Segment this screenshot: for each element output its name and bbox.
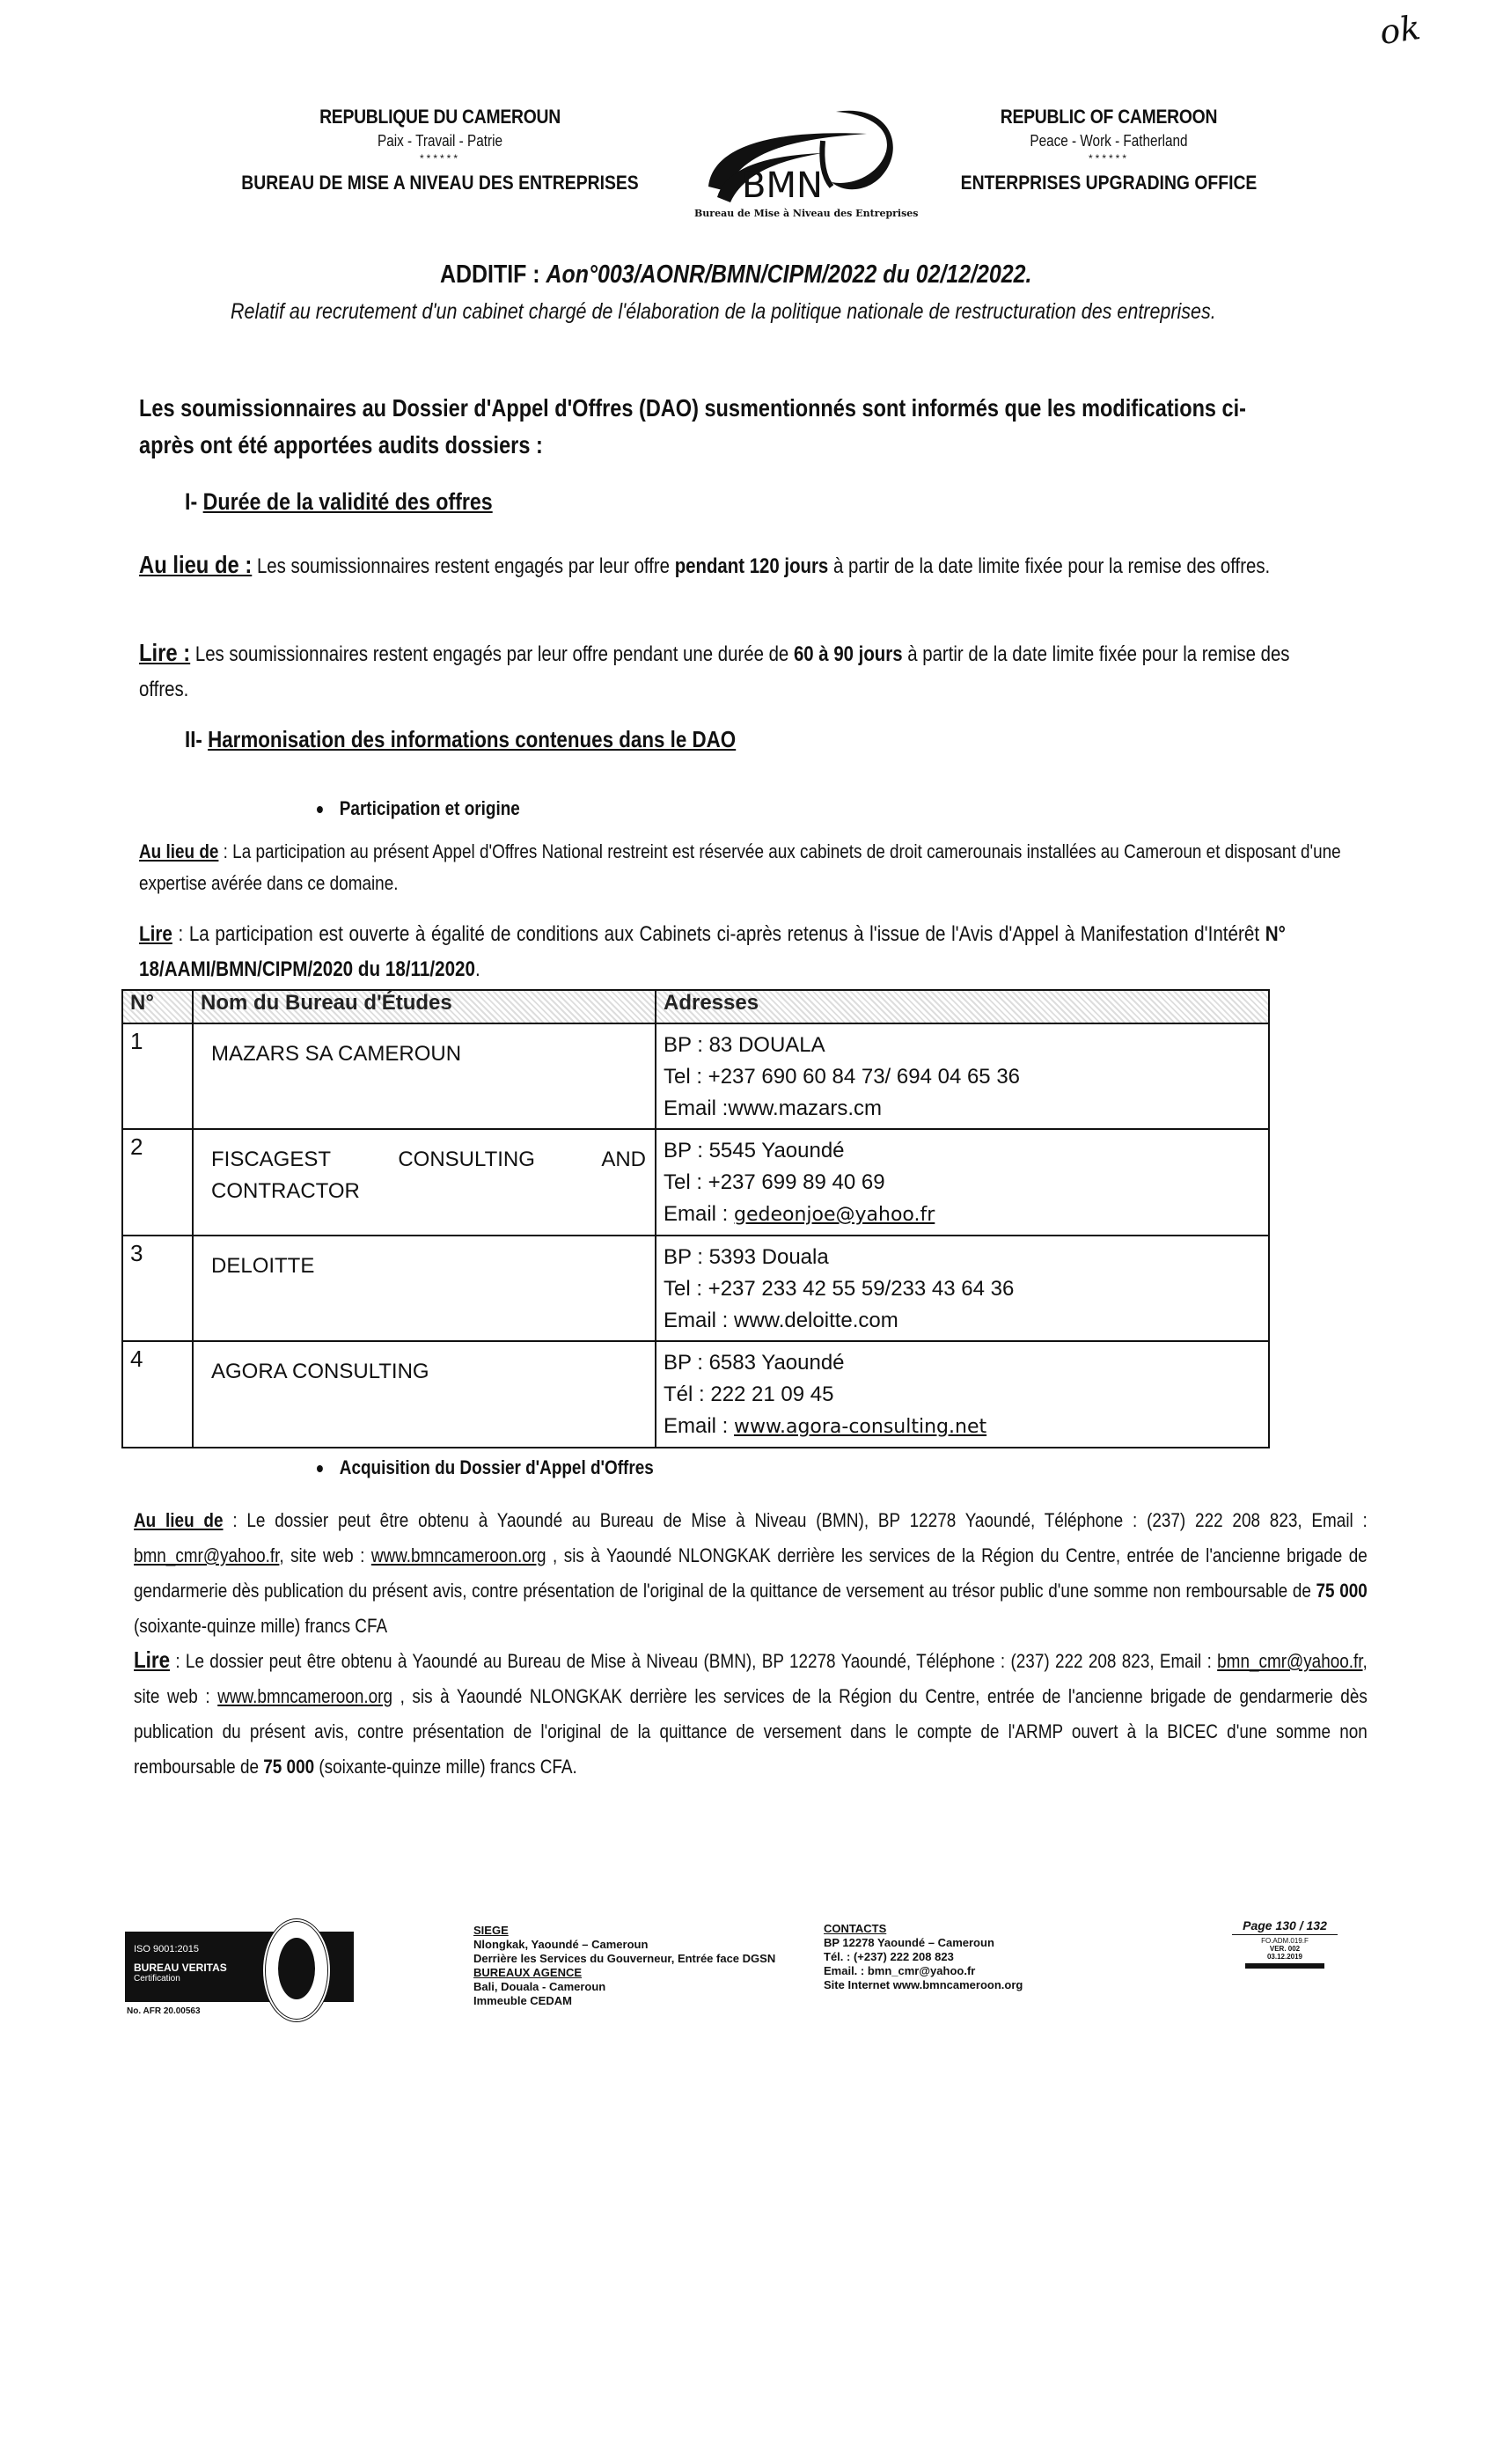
shortlisted-firms-table: N° Nom du Bureau d'Études Adresses 1MAZA… <box>121 989 1270 1448</box>
table-row: 4AGORA CONSULTINGBP : 6583 YaoundéTél : … <box>122 1341 1269 1448</box>
intro-paragraph: Les soumissionnaires au Dossier d'Appel … <box>139 390 1292 464</box>
section-1-number: I- <box>185 488 203 515</box>
footer-page-info: Page 130 / 132 FO.ADM.019.F VER. 002 03.… <box>1232 1918 1338 1969</box>
table-row: 1MAZARS SA CAMEROUNBP : 83 DOUALATel : +… <box>122 1023 1269 1129</box>
email-link[interactable]: bmn_cmr@yahoo.fr <box>134 1544 279 1566</box>
firm-number: 2 <box>122 1129 193 1236</box>
firm-email[interactable]: gedeonjoe@yahoo.fr <box>734 1204 935 1226</box>
firm-po-box: BP : 5545 Yaoundé <box>664 1135 1261 1167</box>
document-subtitle: Relatif au recrutement d'un cabinet char… <box>231 295 1290 328</box>
section-2-heading: II- Harmonisation des informations conte… <box>185 726 736 753</box>
office-fr: BUREAU DE MISE A NIVEAU DES ENTREPRISES <box>224 172 657 194</box>
firm-po-box: BP : 6583 Yaoundé <box>664 1347 1261 1379</box>
firm-name: MAZARS SA CAMEROUN <box>193 1023 656 1129</box>
bullet-icon <box>317 1465 323 1472</box>
handwritten-annotation: ok <box>1377 8 1423 52</box>
redaction-bar <box>1245 1963 1324 1969</box>
firm-number: 4 <box>122 1341 193 1448</box>
bullet-acquisition: Acquisition du Dossier d'Appel d'Offres <box>317 1456 654 1479</box>
bureau-veritas-seal-icon <box>262 1918 331 2022</box>
firm-address: BP : 83 DOUALATel : +237 690 60 84 73/ 6… <box>656 1023 1269 1129</box>
section-2-number: II- <box>185 726 208 752</box>
firm-phone: Tel : +237 699 89 40 69 <box>664 1167 1261 1199</box>
country-en: REPUBLIC OF CAMEROON <box>954 106 1264 128</box>
firm-email-line: Email : www.agora-consulting.net <box>664 1411 1261 1443</box>
logo-caption: Bureau de Mise à Niveau des Entreprises <box>694 208 919 219</box>
table-row: 3DELOITTEBP : 5393 DoualaTel : +237 233 … <box>122 1236 1269 1341</box>
participation-lire: Lire : La participation est ouverte à ég… <box>139 917 1286 987</box>
firm-address: BP : 6583 YaoundéTél : 222 21 09 45Email… <box>656 1341 1269 1448</box>
header-firm-name: Nom du Bureau d'Études <box>193 990 656 1023</box>
firm-email-line: Email :www.mazars.cm <box>664 1093 1261 1125</box>
firm-phone: Tel : +237 690 60 84 73/ 694 04 65 36 <box>664 1061 1261 1093</box>
office-en: ENTERPRISES UPGRADING OFFICE <box>954 172 1264 194</box>
section-1-title: Durée de la validité des offres <box>203 488 493 515</box>
firm-name: DELOITTE <box>193 1236 656 1341</box>
firm-po-box: BP : 5393 Douala <box>664 1242 1261 1273</box>
page-number: Page 130 / 132 <box>1232 1918 1338 1935</box>
form-code: FO.ADM.019.F <box>1232 1937 1338 1945</box>
firm-address: BP : 5545 YaoundéTel : +237 699 89 40 69… <box>656 1129 1269 1236</box>
firm-email-line: Email : www.deloitte.com <box>664 1305 1261 1337</box>
stars-fr: ****** <box>194 152 686 165</box>
firm-email[interactable]: www.agora-consulting.net <box>734 1416 986 1438</box>
au-lieu-de-label: Au lieu de : <box>139 551 252 578</box>
website-link[interactable]: www.bmncameroon.org <box>217 1685 392 1707</box>
logo-acronym: BMN <box>742 165 823 206</box>
firm-email-line: Email : gedeonjoe@yahoo.fr <box>664 1199 1261 1231</box>
form-version: VER. 002 <box>1232 1945 1338 1953</box>
firm-po-box: BP : 83 DOUALA <box>664 1030 1261 1061</box>
title-prefix: ADDITIF : <box>440 260 546 289</box>
firm-address: BP : 5393 DoualaTel : +237 233 42 55 59/… <box>656 1236 1269 1341</box>
title-reference: Aon°003/AONR/BMN/CIPM/2022 du 02/12/2022… <box>546 260 1032 289</box>
stars-en: ****** <box>933 152 1285 165</box>
participation-au-lieu-de: Au lieu de : La participation au présent… <box>139 836 1365 899</box>
motto-fr: Paix - Travail - Patrie <box>231 132 649 150</box>
bullet-icon <box>317 806 323 813</box>
document-title: ADDITIF : Aon°003/AONR/BMN/CIPM/2022 du … <box>440 260 1031 290</box>
header-number: N° <box>122 990 193 1023</box>
firm-email[interactable]: www.deloitte.com <box>734 1309 898 1332</box>
bmn-logo: BMN Bureau de Mise à Niveau des Entrepri… <box>691 99 911 222</box>
country-fr: REPUBLIQUE DU CAMEROUN <box>224 106 657 128</box>
header-left: REPUBLIQUE DU CAMEROUN Paix - Travail - … <box>194 106 686 194</box>
section-1-heading: I- Durée de la validité des offres <box>185 488 493 516</box>
header-right: REPUBLIC OF CAMEROON Peace - Work - Fath… <box>933 106 1285 194</box>
motto-en: Peace - Work - Fatherland <box>959 132 1258 150</box>
firm-number: 3 <box>122 1236 193 1341</box>
lire-label: Lire : <box>139 639 190 666</box>
form-date: 03.12.2019 <box>1232 1953 1338 1961</box>
certification-number: No. AFR 20.00563 <box>127 2006 201 2016</box>
section-2-title: Harmonisation des informations contenues… <box>208 726 736 752</box>
section-1-au-lieu-de: Au lieu de : Les soumissionnaires resten… <box>139 547 1351 584</box>
firm-number: 1 <box>122 1023 193 1129</box>
header-addresses: Adresses <box>656 990 1269 1023</box>
firm-name: AGORA CONSULTING <box>193 1341 656 1448</box>
bullet-participation: Participation et origine <box>317 797 520 820</box>
acquisition-au-lieu-de: Au lieu de : Le dossier peut être obtenu… <box>134 1503 1368 1644</box>
footer-contacts: CONTACTS BP 12278 Yaoundé – Cameroun Tél… <box>824 1922 1088 1992</box>
email-link[interactable]: bmn_cmr@yahoo.fr <box>1217 1650 1362 1672</box>
firm-name: FISCAGEST CONSULTING AND CONTRACTOR <box>193 1129 656 1236</box>
acquisition-lire: Lire : Le dossier peut être obtenu à Yao… <box>134 1642 1368 1785</box>
firm-email[interactable]: www.mazars.cm <box>728 1096 882 1120</box>
footer-siege: SIEGE Nlongkak, Yaoundé – Cameroun Derri… <box>473 1924 737 2008</box>
section-1-lire: Lire : Les soumissionnaires restent enga… <box>139 635 1321 708</box>
website-link[interactable]: www.bmncameroon.org <box>371 1544 546 1566</box>
firm-phone: Tél : 222 21 09 45 <box>664 1379 1261 1411</box>
firm-phone: Tel : +237 233 42 55 59/233 43 64 36 <box>664 1273 1261 1305</box>
table-row: 2FISCAGEST CONSULTING AND CONTRACTORBP :… <box>122 1129 1269 1236</box>
table-header-row: N° Nom du Bureau d'Études Adresses <box>122 990 1269 1023</box>
